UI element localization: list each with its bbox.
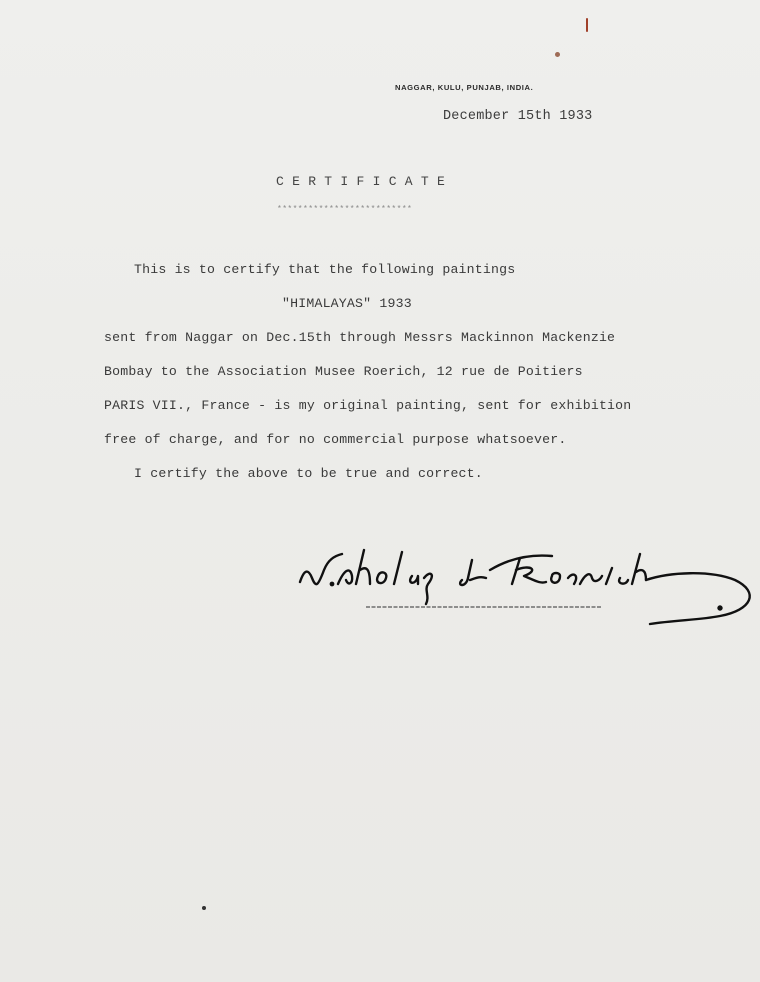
title-underline: ************************** <box>277 205 412 214</box>
body-line: sent from Naggar on Dec.15th through Mes… <box>104 330 615 345</box>
document-page: NAGGAR, KULU, PUNJAB, INDIA. December 15… <box>0 0 760 982</box>
ink-mark <box>586 18 588 32</box>
certification-line: I certify the above to be true and corre… <box>134 466 483 481</box>
letterhead-address: NAGGAR, KULU, PUNJAB, INDIA. <box>395 83 533 92</box>
ink-dot <box>202 906 206 910</box>
body-line: Bombay to the Association Musee Roerich,… <box>104 364 583 379</box>
body-line: free of charge, and for no commercial pu… <box>104 432 567 447</box>
ink-spot <box>555 52 560 57</box>
body-line: PARIS VII., France - is my original pain… <box>104 398 631 413</box>
signature <box>290 540 760 640</box>
painting-title: "HIMALAYAS" 1933 <box>282 296 412 311</box>
body-line: This is to certify that the following pa… <box>134 262 515 277</box>
document-date: December 15th 1933 <box>443 109 592 124</box>
document-title: CERTIFICATE <box>276 174 453 189</box>
